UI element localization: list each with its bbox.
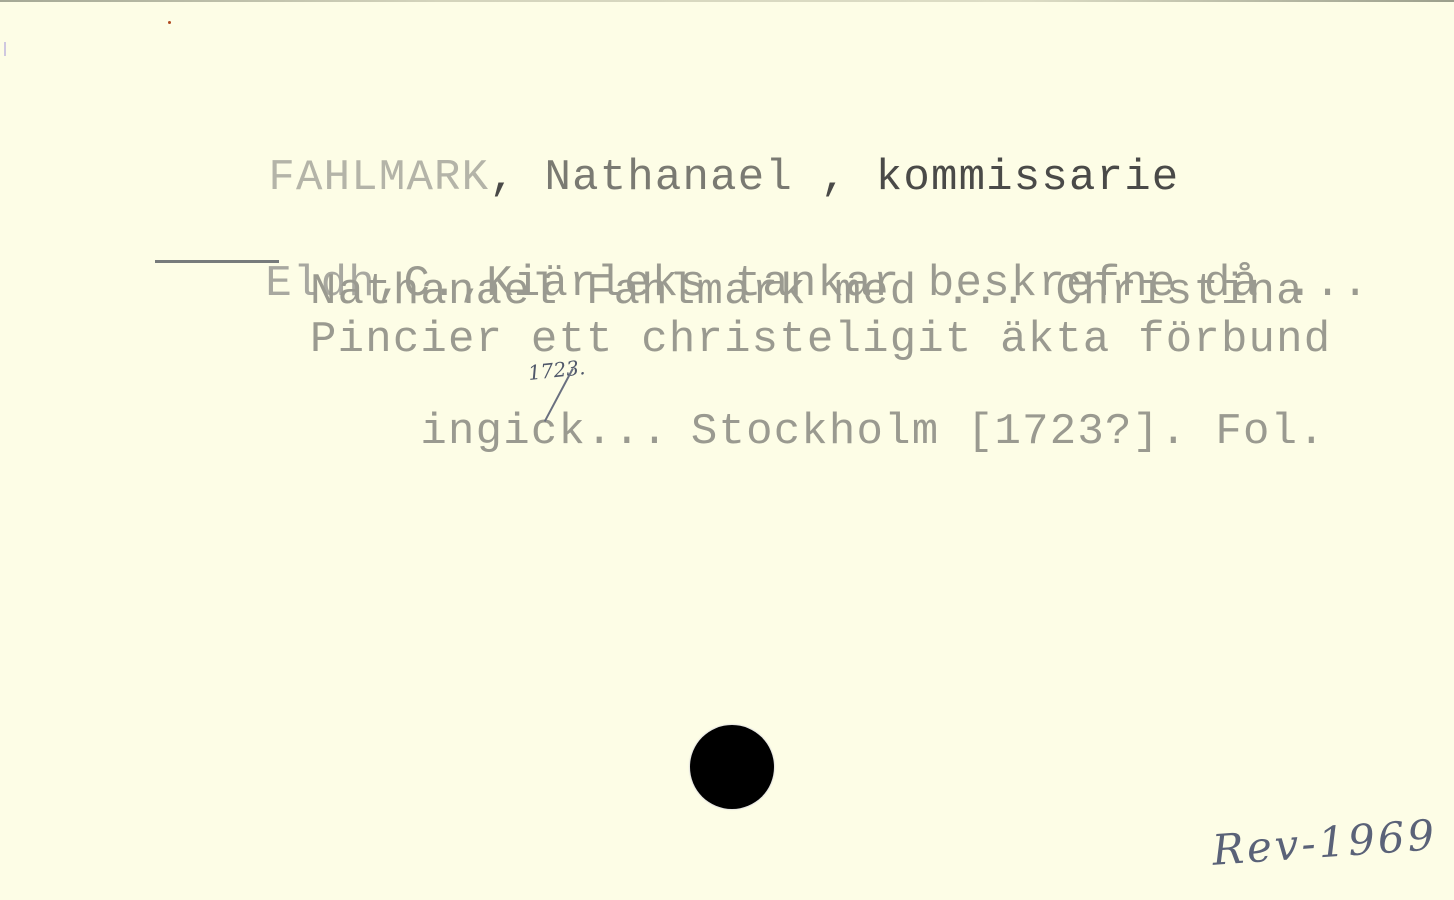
catalog-card: FAHLMARK, Nathanael , kommissarie Eldh,C… — [0, 0, 1454, 900]
title-line-4-start: ingick... — [420, 407, 668, 457]
imprint: Stockholm [1723?]. Fol. — [691, 407, 1326, 457]
revision-note: Rev-1969 — [1211, 810, 1439, 875]
entry-line-4: ingick...Stockholm [1723?]. Fol. — [310, 366, 1326, 498]
main-entry-underline — [155, 260, 279, 263]
entry-line-2: Nathanael Fahlmark med ... Christina — [310, 270, 1304, 314]
heading-surname: FAHLMARK — [268, 153, 489, 203]
heading-comma-2: , — [793, 153, 848, 203]
ink-speck — [168, 21, 171, 24]
heading-given-name: Nathanael — [544, 153, 792, 203]
heading-role: kommissarie — [876, 153, 1180, 203]
heading-comma: , — [489, 153, 517, 203]
punch-hole — [690, 725, 774, 809]
entry-line-3: Pincier ett christeligit äkta förbund — [310, 318, 1331, 362]
edge-mark — [4, 42, 6, 56]
card-top-edge — [0, 0, 1454, 2]
